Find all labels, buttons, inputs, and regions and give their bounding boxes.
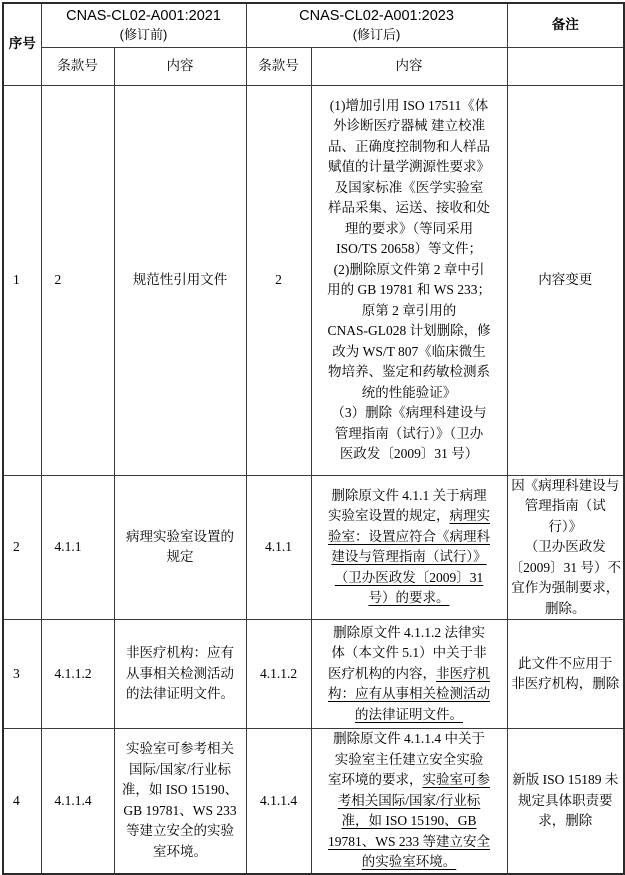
column-group-after: CNAS-CL02-A001:2023 (修订后) [246,3,507,47]
column-header-clause-before: 条款号 [41,47,114,85]
clause-before-cell: 4.1.1.4 [41,729,114,874]
table-row: 3 4.1.1.2 非医疗机构：应有 从事相关检测活动 的法律证明文件。 4.1… [3,620,624,729]
document-page: 序号 CNAS-CL02-A001:2021 (修订前) CNAS-CL02-A… [0,0,625,857]
column-header-seq: 序号 [3,3,41,85]
content-after-cell: 删除原文件 4.1.1.2 法律实体（本文件 5.1）中关于非医疗机构的内容，非… [311,620,507,729]
column-header-content-after: 内容 [311,47,507,85]
table-row: 1 2 规范性引用文件 2 (1)增加引用 ISO 17511《体外诊断医疗器械… [3,85,624,475]
before-version-subtitle: (修订前) [44,26,244,43]
remark-cell: 因《病理科建设与 管理指南（试行）》 （卫办医政发 〔2009〕31 号）不 宜… [507,475,624,620]
table-row: 2 4.1.1 病理实验室设置的 规定 4.1.1 删除原文件 4.1.1 关于… [3,475,624,620]
remark-cell: 此文件不应用于 非医疗机构，删除 [507,620,624,729]
remark-cell: 内容变更 [507,85,624,475]
remark-cell: 新版 ISO 15189 未 规定具体职责要 求，删除 [507,729,624,874]
seq-cell: 4 [3,729,41,874]
revision-comparison-table: 序号 CNAS-CL02-A001:2021 (修订前) CNAS-CL02-A… [2,2,625,875]
content-before-cell: 实验室可参考相关 国际/国家/行业标 准，如 ISO 15190、 GB 197… [114,729,246,874]
seq-cell: 2 [3,475,41,620]
column-header-content-before: 内容 [114,47,246,85]
text-segment: (1)增加引用 ISO 17511《体外诊断医疗器械 建立校准品、正确度控制物和… [327,98,491,462]
content-after-cell: 删除原文件 4.1.1.4 中关于实验室主任建立安全实验室环境的要求，实验室可参… [311,729,507,874]
column-group-before: CNAS-CL02-A001:2021 (修订前) [41,3,246,47]
header-group-row: 序号 CNAS-CL02-A001:2021 (修订前) CNAS-CL02-A… [3,3,624,47]
content-before-cell: 非医疗机构：应有 从事相关检测活动 的法律证明文件。 [114,620,246,729]
clause-before-cell: 2 [41,85,114,475]
clause-before-cell: 4.1.1 [41,475,114,620]
before-version-title: CNAS-CL02-A001:2021 [44,7,244,26]
content-after-cell: 删除原文件 4.1.1 关于病理实验室设置的规定，病理实验室：设置应符合《病理科… [311,475,507,620]
column-header-remark-empty [507,47,624,85]
clause-after-cell: 4.1.1.4 [246,729,311,874]
clause-after-cell: 4.1.1.2 [246,620,311,729]
clause-after-cell: 4.1.1 [246,475,311,620]
column-header-clause-after: 条款号 [246,47,311,85]
header-sub-row: 条款号 内容 条款号 内容 [3,47,624,85]
clause-after-cell: 2 [246,85,311,475]
table-row: 4 4.1.1.4 实验室可参考相关 国际/国家/行业标 准，如 ISO 151… [3,729,624,874]
content-after-cell: (1)增加引用 ISO 17511《体外诊断医疗器械 建立校准品、正确度控制物和… [311,85,507,475]
column-header-remark: 备注 [507,3,624,47]
clause-before-cell: 4.1.1.2 [41,620,114,729]
seq-cell: 3 [3,620,41,729]
seq-cell: 1 [3,85,41,475]
after-version-subtitle: (修订后) [249,26,505,43]
content-before-cell: 病理实验室设置的 规定 [114,475,246,620]
content-before-cell: 规范性引用文件 [114,85,246,475]
after-version-title: CNAS-CL02-A001:2023 [249,7,505,26]
